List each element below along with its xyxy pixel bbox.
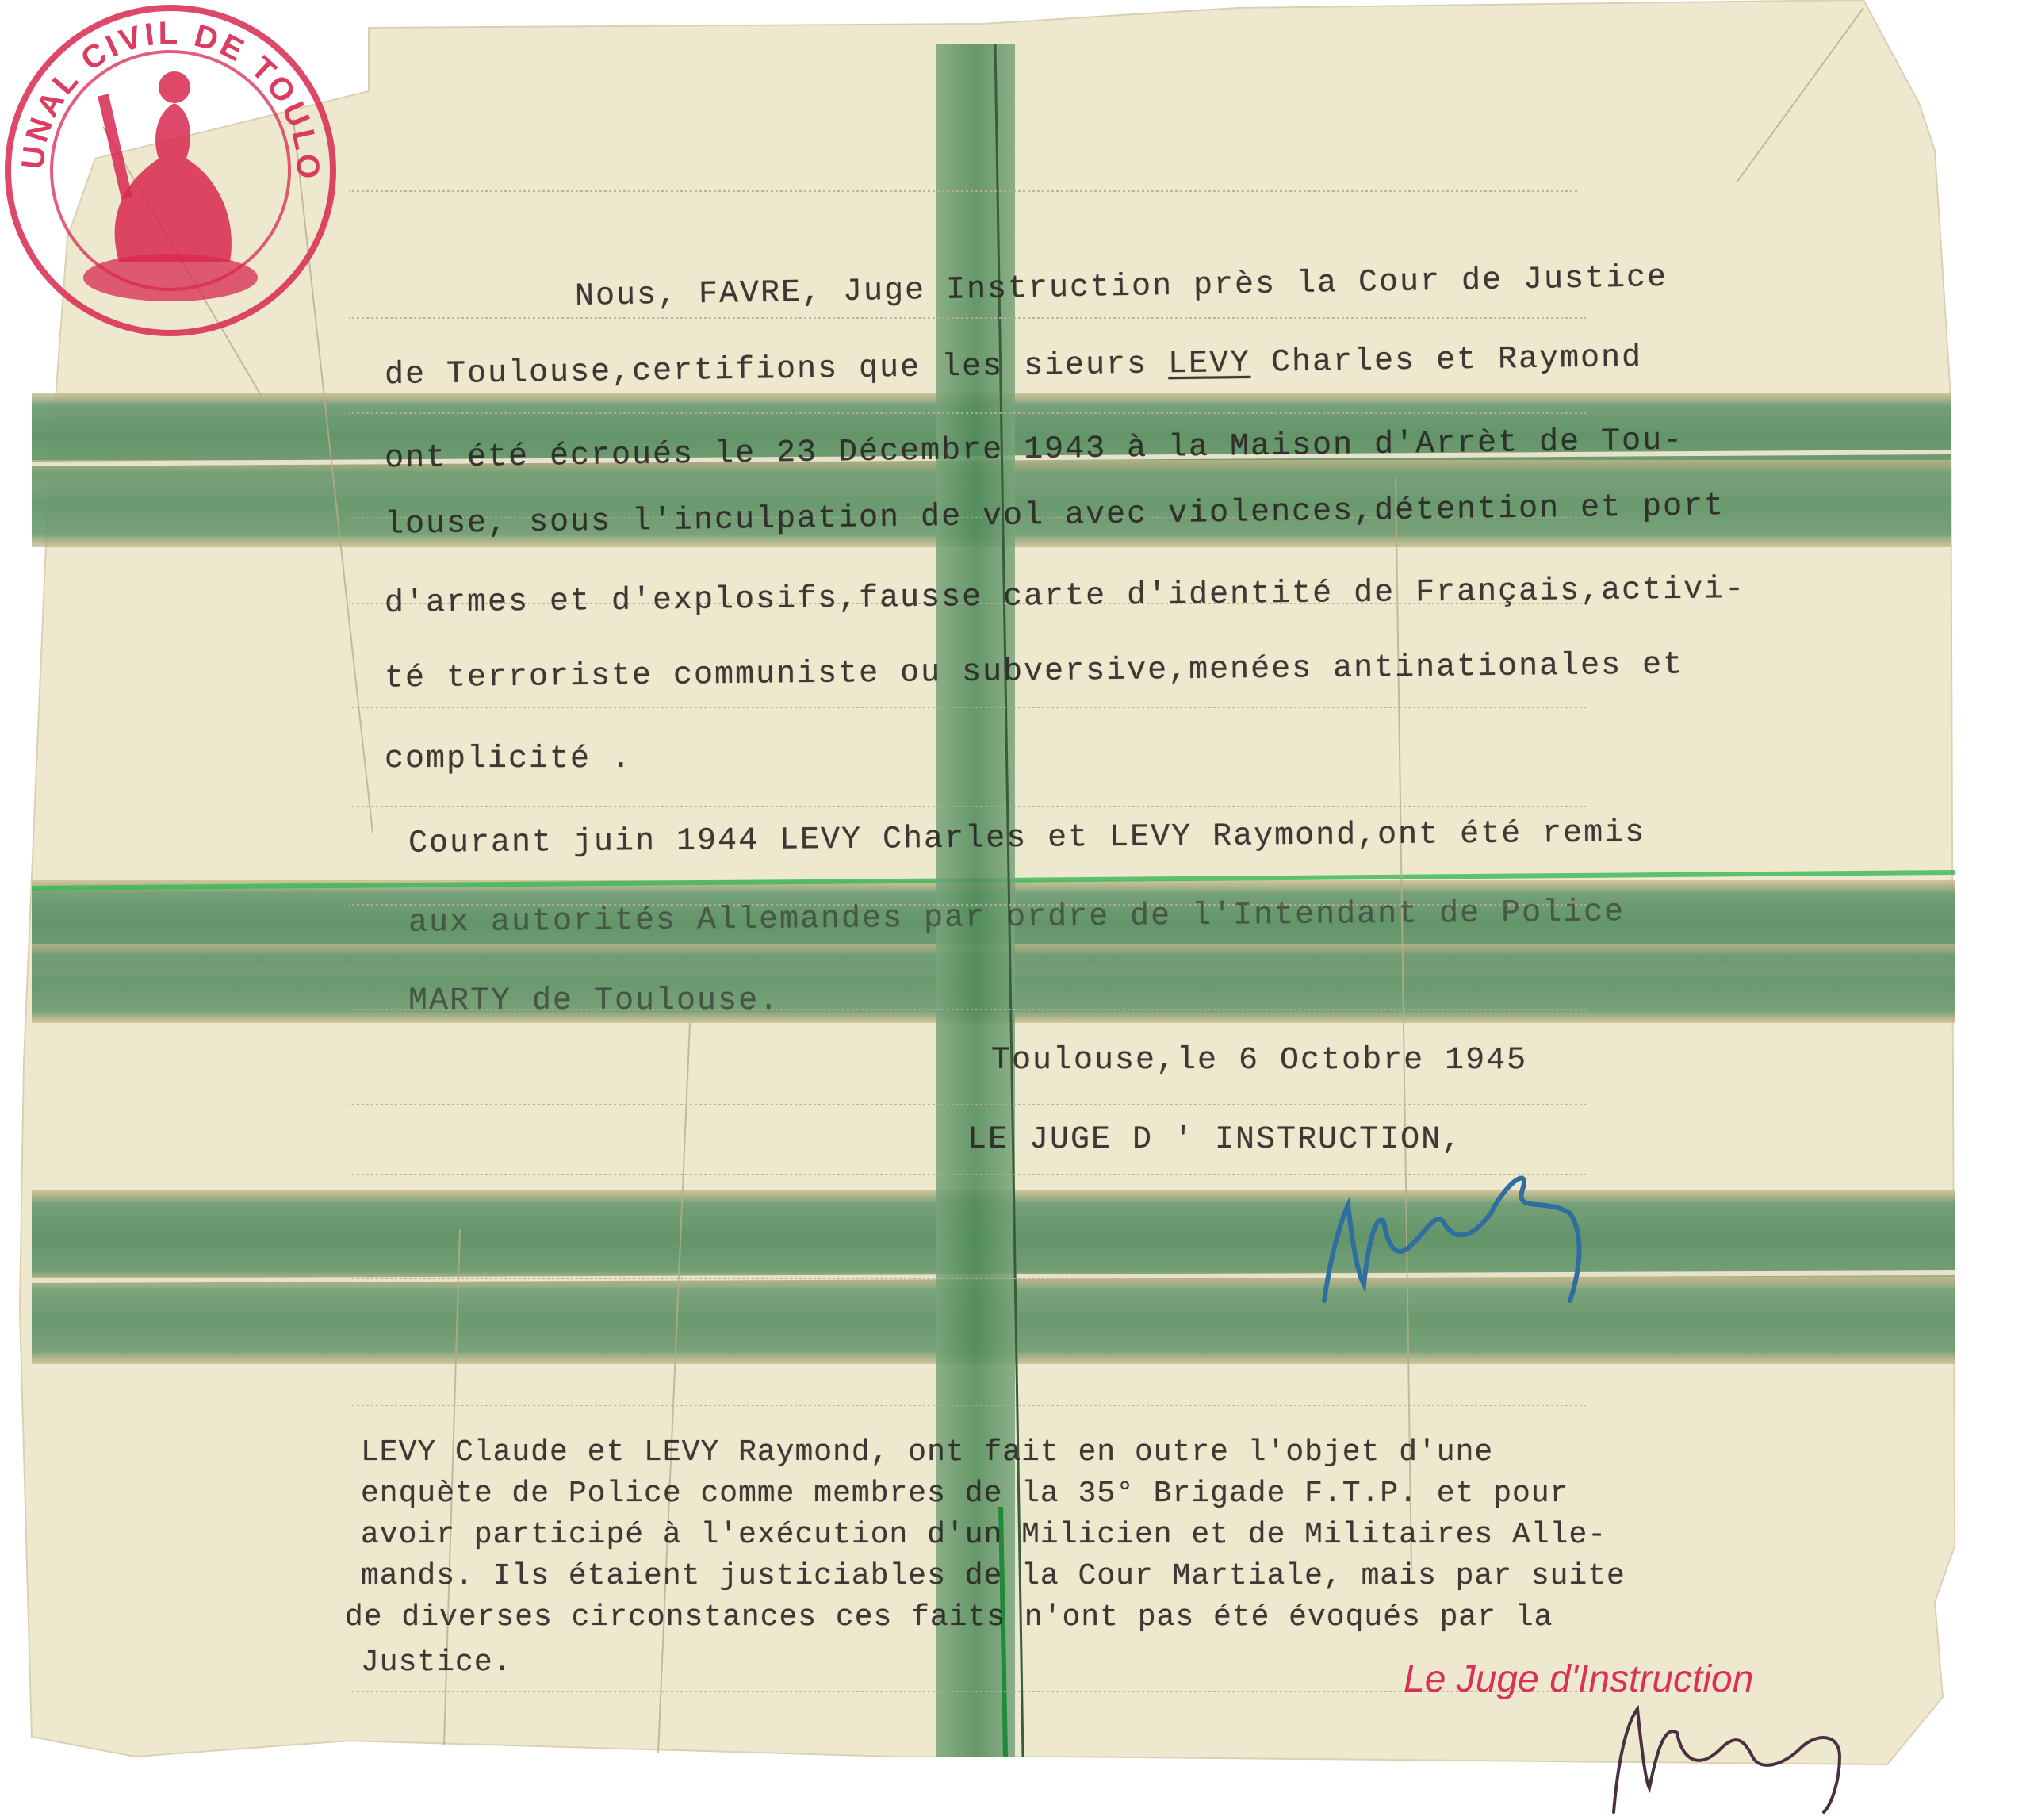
signature-dark-icon xyxy=(1602,1685,1935,1820)
tribunal-stamp-icon: TRIBUNAL CIVIL DE TOULOUSE xyxy=(0,0,341,341)
text-line: enquète de Police comme membres de la 35… xyxy=(361,1477,1568,1511)
text-line: avoir participé à l'exécution d'un Milic… xyxy=(361,1518,1607,1552)
text-line: MARTY de Toulouse. xyxy=(408,983,779,1019)
text-line: de diverses circonstances ces faits n'on… xyxy=(345,1600,1553,1634)
text-line: Justice. xyxy=(361,1646,511,1680)
underlined-name: LEVY xyxy=(1168,346,1251,382)
signature-blue-icon xyxy=(1308,1150,1610,1308)
place-date: Toulouse,le 6 Octobre 1945 xyxy=(991,1043,1527,1079)
document-sheet: Nous, FAVRE, Juge Instruction près la Co… xyxy=(0,0,2026,1820)
text-line: mands. Ils étaient justiciables de la Co… xyxy=(361,1559,1626,1593)
text-line: complicité . xyxy=(385,741,632,777)
text-line: LEVY Claude et LEVY Raymond, ont fait en… xyxy=(361,1435,1493,1469)
line-text-suffix: Charles et Raymond xyxy=(1250,340,1643,381)
